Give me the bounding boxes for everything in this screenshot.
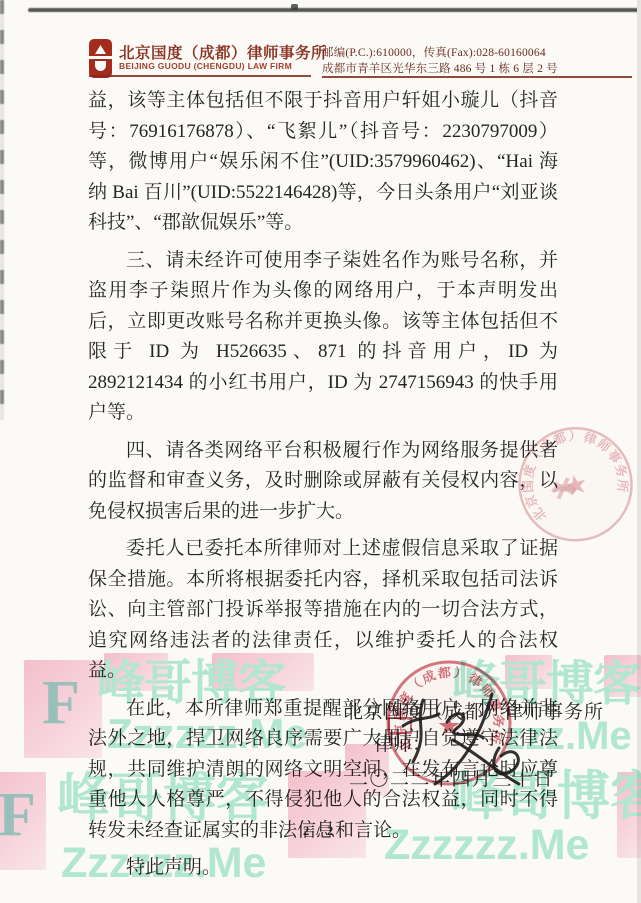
watermark-layer: F F 峰哥博客 Zzzzzz.Me 峰哥博客 zzz.Me 峰哥博客 Zzzz… [0,0,641,903]
watermark-site-url-partial: zzz.Me [505,716,632,756]
scanned-legal-statement-page: 北京国度（成都）律师事务所 BEIJING GUODU (CHENGDU) LA… [0,0,641,903]
watermark-pink-block [345,744,389,796]
watermark-letter-f: F [42,672,80,734]
watermark-site-url: Zzzzzz.Me [61,842,266,885]
watermark-site-name: 峰哥博客 [452,661,640,709]
watermark-site-url: Zzzzzz.Me [107,713,308,755]
watermark-letter-f: F [0,784,36,846]
watermark-site-url: Zzzzzz.Me [384,824,589,867]
watermark-site-name: 峰哥博客 [57,772,269,825]
watermark-site-name: 峰哥博客 [451,770,641,823]
watermark-site-name: 峰哥博客 [97,660,285,708]
